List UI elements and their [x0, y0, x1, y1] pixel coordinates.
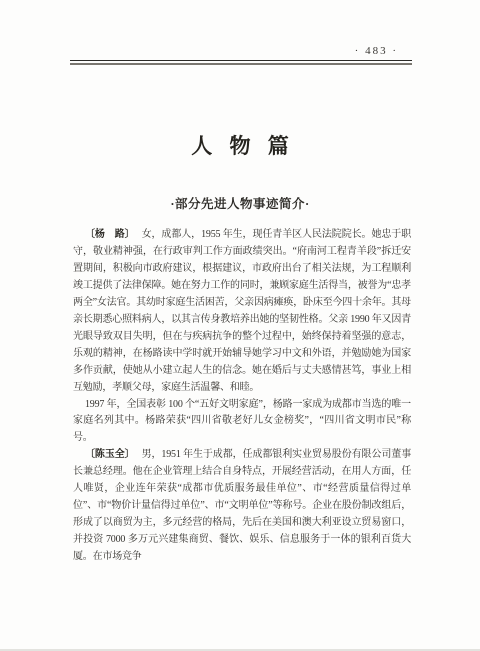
entry-text: 女，成都人，1955 年生，现任青羊区人民法院院长。她忠于职守，敬业精神强，在行… [73, 229, 411, 393]
scanned-book-page: · 483 · 人 物 篇 ·部分先进人物事迹简介· 〔杨 路〕女，成都人，19… [0, 0, 480, 651]
entry-paragraph-yang-lu-awards: 1997 年，全国表彰 100 个“五好文明家庭”，杨路一家成为成都市当选的唯一… [73, 397, 411, 448]
entry-name: 〔杨 路〕 [85, 229, 135, 240]
entry-text: 1997 年，全国表彰 100 个“五好文明家庭”，杨路一家成为成都市当选的唯一… [73, 399, 411, 444]
entry-paragraph-chen-yuquan: 〔陈玉全〕男，1951 年生于成都，任成都银利实业贸易股份有限公司董事长兼总经理… [73, 447, 411, 566]
chapter-title: 人 物 篇 [0, 130, 480, 160]
section-heading: ·部分先进人物事迹简介· [0, 194, 480, 212]
entry-text: 男，1951 年生于成都，任成都银利实业贸易股份有限公司董事长兼总经理。他在企业… [73, 449, 411, 562]
page-number: · 483 · [355, 45, 398, 57]
entry-name: 〔陈玉全〕 [85, 449, 135, 460]
entry-paragraph-yang-lu: 〔杨 路〕女，成都人，1955 年生，现任青羊区人民法院院长。她忠于职守，敬业精… [73, 227, 411, 397]
body-text-block: 〔杨 路〕女，成都人，1955 年生，现任青羊区人民法院院长。她忠于职守，敬业精… [73, 227, 411, 566]
header-double-rule [70, 60, 412, 65]
